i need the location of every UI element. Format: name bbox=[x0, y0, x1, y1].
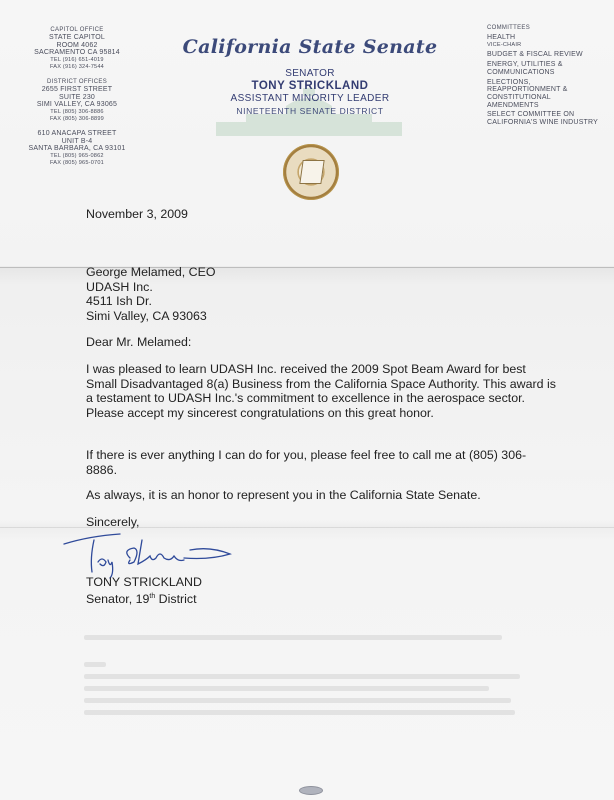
address-line: UNIT B-4 bbox=[12, 138, 142, 146]
recipient-address: George Melamed, CEO UDASH Inc. 4511 Ish … bbox=[86, 265, 215, 323]
address-line: ROOM 4062 bbox=[12, 42, 142, 50]
committees-list: COMMITTEES HEALTH VICE-CHAIR BUDGET & FI… bbox=[487, 25, 612, 129]
letter-date: November 3, 2009 bbox=[86, 207, 188, 222]
signer-title-text: District bbox=[155, 592, 196, 606]
fax-number: FAX (805) 965-0701 bbox=[12, 160, 142, 168]
paragraph: I was pleased to learn UDASH Inc. receiv… bbox=[86, 362, 556, 420]
committee-role: VICE-CHAIR bbox=[487, 42, 612, 50]
signer-title: Senator, 19th District bbox=[86, 590, 197, 607]
handwritten-signature bbox=[60, 520, 240, 580]
signer-name: TONY STRICKLAND bbox=[86, 575, 202, 590]
signer-title-text: Senator, 19 bbox=[86, 592, 149, 606]
senate-title: California State Senate bbox=[180, 36, 440, 58]
footer-ornament-icon bbox=[299, 786, 323, 795]
recipient-street: 4511 Ish Dr. bbox=[86, 294, 215, 309]
address-line: 610 ANACAPA STREET bbox=[12, 130, 142, 138]
recipient-company: UDASH Inc. bbox=[86, 280, 215, 295]
salutation: Dear Mr. Melamed: bbox=[86, 335, 191, 350]
committees-label: COMMITTEES bbox=[487, 25, 612, 31]
fax-number: FAX (805) 306-8899 bbox=[12, 116, 142, 124]
senate-district: NINETEENTH SENATE DISTRICT bbox=[180, 106, 440, 116]
phone-number: TEL (916) 651-4019 bbox=[12, 57, 142, 65]
office-contacts: CAPITOL OFFICE STATE CAPITOL ROOM 4062 S… bbox=[12, 26, 142, 174]
capitol-office-label: CAPITOL OFFICE bbox=[12, 26, 142, 34]
address-line: STATE CAPITOL bbox=[12, 34, 142, 42]
phone-number: TEL (805) 306-8886 bbox=[12, 109, 142, 117]
senator-name: TONY STRICKLAND bbox=[180, 80, 440, 92]
capitol-office: CAPITOL OFFICE STATE CAPITOL ROOM 4062 S… bbox=[12, 26, 142, 72]
recipient-name: George Melamed, CEO bbox=[86, 265, 215, 280]
address-line: SUITE 230 bbox=[12, 94, 142, 102]
letterhead: California State Senate SENATOR TONY STR… bbox=[180, 36, 440, 116]
address-line: SANTA BARBARA, CA 93101 bbox=[12, 145, 142, 153]
committee-item: BUDGET & FISCAL REVIEW bbox=[487, 51, 612, 59]
senator-position: ASSISTANT MINORITY LEADER bbox=[180, 93, 440, 104]
letter-page: CAPITOL OFFICE STATE CAPITOL ROOM 4062 S… bbox=[0, 0, 614, 800]
paragraph: If there is ever anything I can do for y… bbox=[86, 448, 556, 477]
address-line: SIMI VALLEY, CA 93065 bbox=[12, 101, 142, 109]
committee-item: HEALTH VICE-CHAIR bbox=[487, 34, 612, 49]
district-offices-label: DISTRICT OFFICES bbox=[12, 78, 142, 86]
committee-item: ELECTIONS, REAPPORTIONMENT & CONSTITUTIO… bbox=[487, 79, 599, 110]
senator-role: SENATOR bbox=[180, 68, 440, 79]
fax-number: FAX (916) 324-7544 bbox=[12, 64, 142, 72]
district-office-simi: DISTRICT OFFICES 2655 FIRST STREET SUITE… bbox=[12, 78, 142, 124]
senate-seal-icon bbox=[283, 144, 339, 200]
committee-item: SELECT COMMITTEE ON CALIFORNIA'S WINE IN… bbox=[487, 111, 599, 126]
recipient-city: Simi Valley, CA 93063 bbox=[86, 309, 215, 324]
committee-name: HEALTH bbox=[487, 34, 612, 42]
phone-number: TEL (805) 965-0862 bbox=[12, 153, 142, 161]
show-through-text bbox=[84, 635, 524, 755]
address-line: SACRAMENTO CA 95814 bbox=[12, 49, 142, 57]
district-office-santa-barbara: 610 ANACAPA STREET UNIT B-4 SANTA BARBAR… bbox=[12, 130, 142, 168]
committee-item: ENERGY, UTILITIES & COMMUNICATIONS bbox=[487, 61, 587, 76]
paragraph: As always, it is an honor to represent y… bbox=[86, 488, 481, 503]
address-line: 2655 FIRST STREET bbox=[12, 86, 142, 94]
